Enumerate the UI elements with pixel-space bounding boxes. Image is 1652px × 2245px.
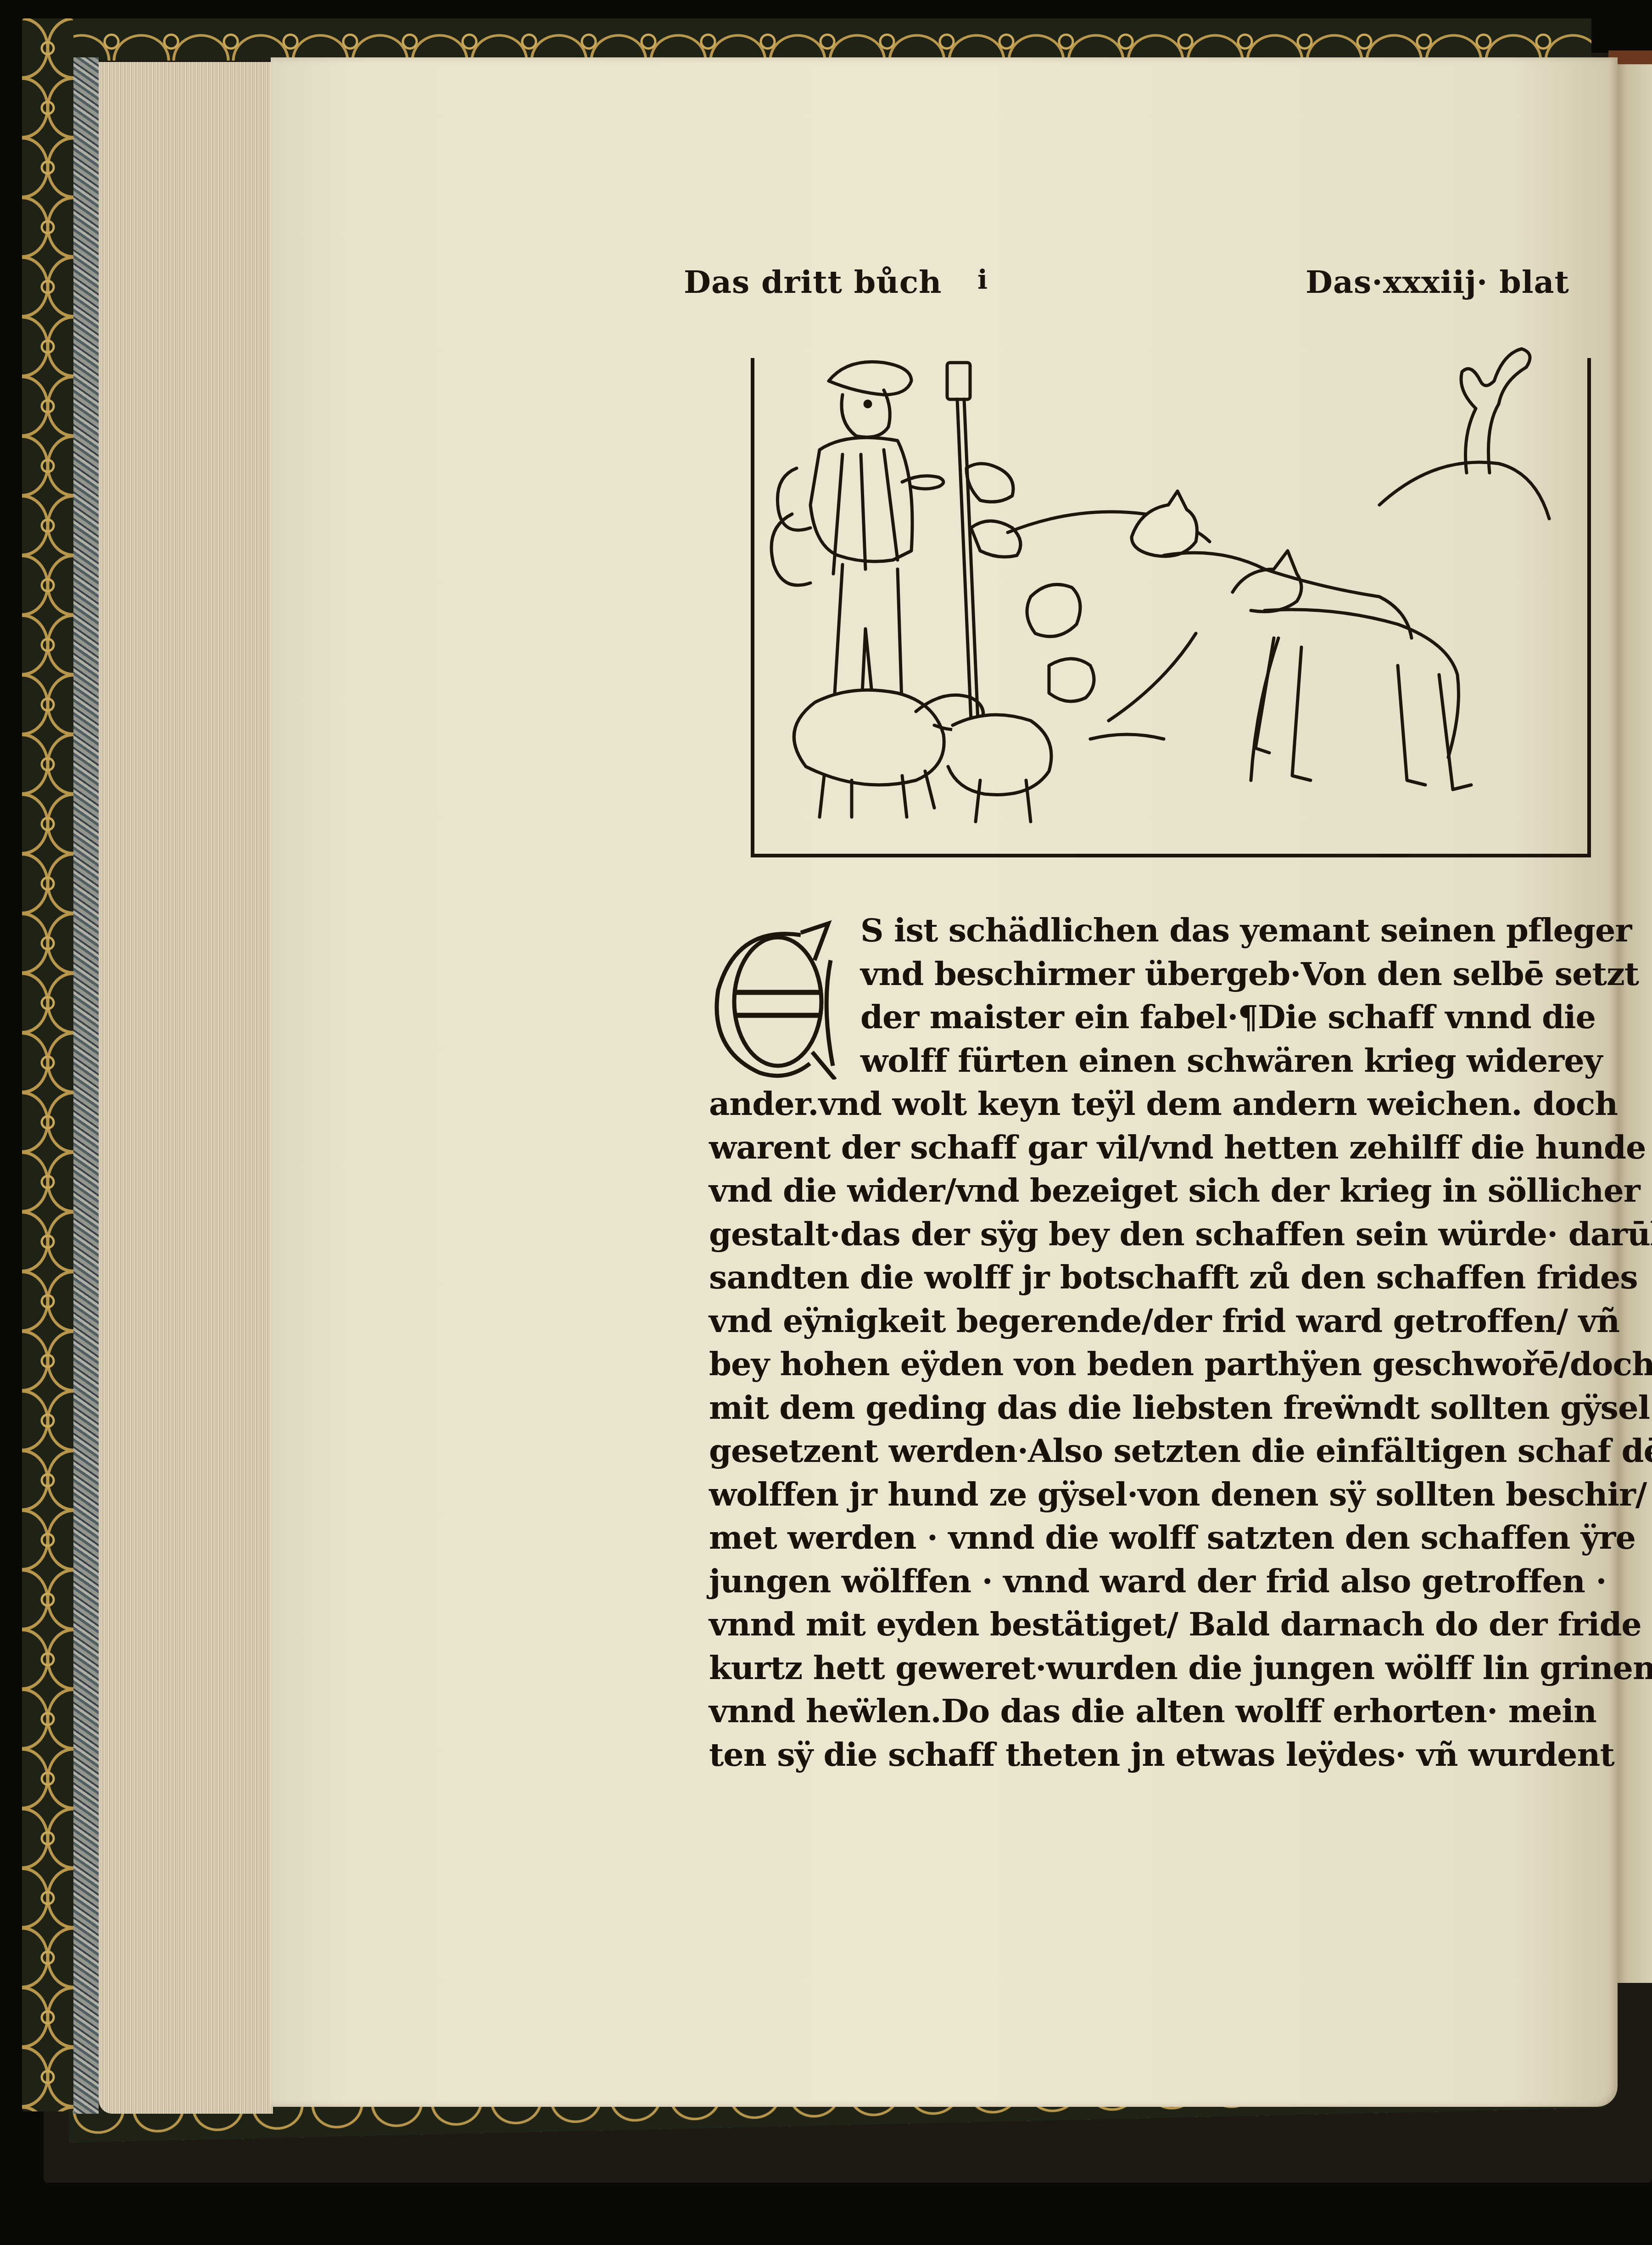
text-line: kurtz hett geweret·wurden die jungen wöl… [709, 1646, 1590, 1690]
gilt-border-top [22, 18, 1591, 61]
text-line: warent der schaff gar vil/vnd hetten zeh… [709, 1126, 1590, 1170]
body-text: E S ist schädlichen das yemant seinen pf… [709, 909, 1590, 1776]
shepherd-staff [947, 363, 978, 721]
folio-number: Das·xxxiij· blat [1306, 264, 1569, 301]
text-line: ander.vnd wolt keyn teÿl dem andern weic… [709, 1082, 1590, 1126]
drop-cap-initial: E [709, 914, 847, 1080]
text-line: jungen wölffen · vnnd ward der frid also… [709, 1560, 1590, 1603]
hill-and-bare-tree [1379, 349, 1549, 519]
decorated-initial-e-icon [709, 914, 847, 1080]
ground-line [1090, 734, 1164, 739]
text-line: vnd eÿnigkeit begerende/der frid ward ge… [709, 1299, 1590, 1343]
woodcut-illustration: Shepherd with staff standing among sheep… [751, 358, 1591, 857]
text-line: ten sÿ die schaff theten jn etwas leÿdes… [709, 1733, 1590, 1777]
text-line: vnnd heẅlen.Do das die alten wolff erhor… [709, 1690, 1590, 1733]
text-line: vnd die wider/vnd bezeiget sich der krie… [709, 1169, 1590, 1213]
text-line: gesetzent werden·Also setzten die einfäl… [709, 1429, 1590, 1473]
marbled-endpaper [73, 57, 99, 2114]
text-line: met werden · vnnd die wolff satzten den … [709, 1516, 1590, 1560]
shepherd-sheep-wolves-woodcut-icon [751, 317, 1591, 854]
shepherd-figure [771, 362, 943, 721]
wolf-pack [1132, 491, 1471, 789]
gilt-border-left [22, 18, 73, 2111]
running-head-book-title: Das dritt bůch [684, 264, 942, 301]
text-line: mit dem geding das die liebsten freẅndt … [709, 1386, 1590, 1430]
signature-mark: i [977, 264, 988, 295]
text-line: sandten die wolff jr botschafft zů den s… [709, 1256, 1590, 1299]
text-line: bey hohen eÿden von beden parthÿen gesch… [709, 1343, 1590, 1386]
text-line: wolffen jr hund ze gÿsel·von denen sÿ so… [709, 1473, 1590, 1517]
page-block-edge [99, 62, 273, 2114]
text-line: vnnd mit eyden bestätiget/ Bald darnach … [709, 1603, 1590, 1646]
running-head: Das dritt bůch i Das·xxxiij· blat [684, 264, 1569, 301]
text-line: gestalt·das der sÿg bey den schaffen sei… [709, 1213, 1590, 1256]
